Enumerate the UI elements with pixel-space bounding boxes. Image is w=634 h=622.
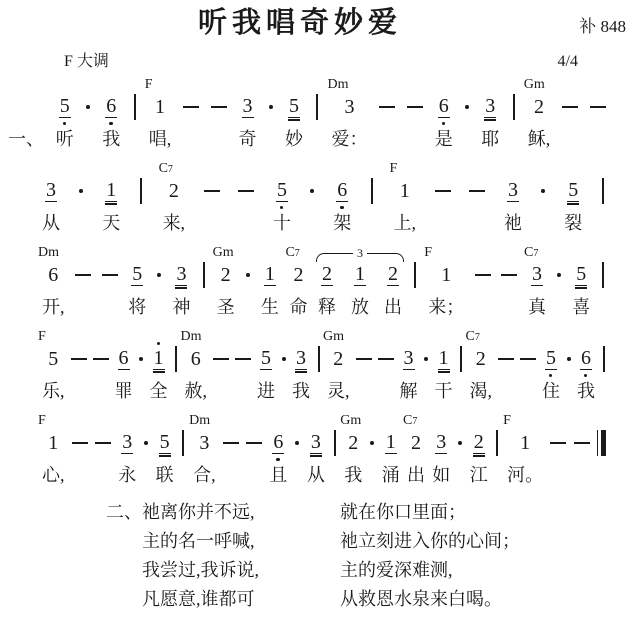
note-column: Dm6赦, [185, 347, 208, 402]
lyric-syllable: 稣, [528, 128, 551, 150]
note-cell [213, 347, 229, 371]
note-digit: 3 [45, 180, 57, 202]
note-cell [223, 431, 239, 455]
note-column: 3奇 [239, 95, 257, 150]
bar-column [601, 263, 606, 318]
note-column: 3从 [307, 431, 325, 486]
note-cell: 2 [347, 431, 359, 455]
note-digit: 2 [321, 264, 333, 286]
note-cell [246, 431, 262, 455]
barline [460, 346, 462, 372]
note-column: F1唱, [149, 95, 172, 150]
lyric-syllable: 进 [257, 380, 275, 402]
chord-label: C7 [524, 246, 538, 261]
note-digit: 1 [385, 432, 397, 454]
verse-line: 我尝过,我诉说, 主的爱深难测, [0, 556, 634, 585]
note-cell [201, 263, 206, 287]
bar-column [139, 179, 144, 234]
chord-label: Dm [181, 330, 202, 344]
note-cell [541, 179, 546, 203]
dash-column [102, 263, 118, 318]
bar-column [316, 347, 321, 402]
duration-dash [71, 358, 87, 360]
barline [203, 262, 205, 288]
note-cell: 2 [168, 179, 180, 203]
duration-dash [379, 106, 395, 108]
note-cell [520, 347, 536, 371]
music-system: Dm6开,5将3神Gm2圣1生C72命32释1放2出F1来；C73真5喜 [0, 246, 634, 318]
note-cell [211, 95, 227, 119]
lyric-syllable: 我 [292, 380, 310, 402]
note-column: 5裂 [564, 179, 582, 234]
bar-column [601, 347, 606, 402]
note-cell: 1 [153, 347, 165, 371]
note-column: 2江 [470, 431, 488, 486]
bar-column [413, 263, 418, 318]
note-cell: 5 [567, 179, 579, 203]
duration-dash [378, 358, 394, 360]
duration-dash [213, 358, 229, 360]
note-column: 5听 [56, 95, 74, 150]
note-column: 6是 [435, 95, 453, 150]
duration-dash [498, 358, 514, 360]
barline [602, 262, 604, 288]
dash-column [550, 431, 566, 486]
note-digit: 3 [198, 433, 210, 454]
verse-line: 主的名一呼喊, 祂立刻进入你的心间； [0, 527, 634, 556]
bar-column [132, 95, 137, 150]
note-cell: 5 [288, 95, 300, 119]
music-system: 一、5听6我F1唱,3奇5妙Dm3爱：6是3耶Gm2稣, [0, 78, 634, 150]
note-digit: 6 [336, 180, 348, 202]
duration-dash [590, 106, 606, 108]
note-cell [601, 263, 606, 287]
dash-column [246, 431, 262, 486]
note-cell [268, 95, 273, 119]
bar-column [459, 347, 464, 402]
dash-column [213, 347, 229, 402]
note-cell [457, 431, 462, 455]
dot-column [557, 263, 562, 318]
note-cell [183, 95, 199, 119]
verse-text-left: 我尝过,我诉说, [106, 556, 340, 585]
note-cell: 1 [154, 95, 166, 119]
note-column: 1干 [435, 347, 453, 402]
dot-column [310, 179, 315, 234]
note-cell [139, 347, 144, 371]
dash-column [183, 95, 199, 150]
note-digit: 2 [332, 349, 344, 370]
note-cell [459, 347, 464, 371]
note-column: C73真 [528, 263, 546, 318]
note-cell [511, 95, 516, 119]
note-cell: 5 [575, 263, 587, 287]
lyric-syllable: 乐, [42, 380, 65, 402]
verse-text-left: 主的名一呼喊, [106, 527, 340, 556]
note-cell: 5 [47, 347, 59, 371]
final-barline-thin [597, 430, 599, 456]
lyric-syllable: 来, [163, 212, 186, 234]
note-cell [174, 347, 179, 371]
music-systems: 一、5听6我F1唱,3奇5妙Dm3爱：6是3耶Gm2稣,3从1天C72来,5十6… [0, 78, 634, 486]
dot-column [143, 431, 148, 486]
note-column: C72渴, [470, 347, 493, 402]
note-cell: 2 [321, 263, 333, 287]
note-cell [557, 263, 562, 287]
lyric-syllable: 心, [42, 464, 65, 486]
note-cell [71, 347, 87, 371]
note-digit: 1 [105, 180, 117, 202]
lyric-syllable: 灵, [327, 380, 350, 402]
note-digit: 3 [403, 348, 415, 370]
duration-dot [310, 189, 314, 193]
note-digit: 2 [168, 181, 180, 202]
chord-label: F [390, 162, 398, 176]
dot-column [139, 347, 144, 402]
dash-column [379, 95, 395, 150]
verse-text-left: 凡愿意,谁都可 [106, 585, 340, 614]
note-cell [204, 179, 220, 203]
note-column: 5住 [542, 347, 560, 402]
note-digit: 6 [118, 348, 130, 370]
lyric-syllable: 出 [384, 296, 402, 318]
lyric-syllable: 放 [351, 296, 369, 318]
note-cell [370, 431, 375, 455]
note-column: 5进 [257, 347, 275, 402]
dot-column [268, 95, 273, 150]
lyric-syllable: 十 [273, 212, 291, 234]
note-cell [379, 95, 395, 119]
dash-column [469, 179, 485, 234]
chord-label: Gm [524, 78, 545, 92]
note-cell: 2 [332, 347, 344, 371]
dash-column [95, 431, 111, 486]
note-digit: 2 [533, 97, 545, 118]
note-cell [574, 431, 590, 455]
dash-column [211, 95, 227, 150]
note-cell: 5 [276, 179, 288, 203]
dot-column [157, 263, 162, 318]
note-cell [75, 263, 91, 287]
note-digit: 3 [121, 432, 133, 454]
note-cell [316, 347, 321, 371]
verse-number-prefix: 一、 [8, 95, 44, 150]
note-column: 3神 [172, 263, 190, 318]
note-column: C72命 [289, 263, 307, 318]
barline [602, 178, 604, 204]
note-cell [132, 95, 137, 119]
dash-column [562, 95, 578, 150]
note-column: 2出 [384, 263, 402, 318]
lyric-syllable: 命 [289, 296, 307, 318]
bar-column [511, 95, 516, 150]
duration-dash [93, 358, 109, 360]
note-cell: 3 [403, 347, 415, 371]
duration-dot [269, 105, 273, 109]
note-cell: 5 [131, 263, 143, 287]
note-cell: 3 [531, 263, 543, 287]
duration-dash [238, 190, 254, 192]
note-digit: 5 [545, 348, 557, 370]
note-cell: 3 [310, 431, 322, 455]
barline [603, 346, 605, 372]
note-column: 1放 [351, 263, 369, 318]
finalbar-column [597, 431, 606, 486]
note-digit: 5 [47, 349, 59, 370]
duration-dash [469, 190, 485, 192]
note-digit: 5 [159, 432, 171, 454]
note-column: F1来； [428, 263, 464, 318]
note-digit: 2 [473, 432, 485, 454]
duration-dot [246, 273, 250, 277]
dash-column [520, 347, 536, 402]
dash-column [574, 431, 590, 486]
note-digit: 5 [567, 180, 579, 202]
note-cell [495, 431, 500, 455]
chord-label: Gm [213, 246, 234, 260]
note-digit: 1 [47, 433, 59, 454]
note-column: 6且 [269, 431, 287, 486]
note-column: Dm3爱： [332, 95, 368, 150]
note-cell: 2 [533, 95, 545, 119]
note-cell [566, 347, 571, 371]
note-cell [181, 431, 186, 455]
note-digit: 2 [410, 433, 422, 454]
note-digit: 3 [435, 432, 447, 454]
note-column: 3如 [432, 431, 450, 486]
note-cell [370, 179, 375, 203]
note-column: 1天 [102, 179, 120, 234]
note-column: 6我 [102, 95, 120, 150]
note-digit: 5 [59, 96, 71, 118]
note-cell: 3 [507, 179, 519, 203]
lyric-syllable: 天 [102, 212, 120, 234]
lyric-syllable: 我 [102, 128, 120, 150]
duration-dash [520, 358, 536, 360]
note-cell [590, 95, 606, 119]
duration-dot [282, 357, 286, 361]
dot-column [245, 263, 250, 318]
note-cell: 3 [295, 347, 307, 371]
note-cell: 1 [519, 431, 531, 455]
note-column: Dm3合, [193, 431, 216, 486]
meta-row: F 大调 4/4 [64, 52, 578, 72]
note-digit: 2 [292, 265, 304, 286]
note-cell: 1 [105, 179, 117, 203]
dot-column [86, 95, 91, 150]
note-column: 6我 [577, 347, 595, 402]
duration-dot [465, 105, 469, 109]
dot-column [457, 431, 462, 486]
verse-line: 二、祂离你并不远, 就在你口里面； [0, 498, 634, 527]
note-digit: 2 [347, 433, 359, 454]
note-cell: 6 [105, 95, 117, 119]
note-cell [93, 347, 109, 371]
verse-text-right: 主的爱深难测, [340, 556, 453, 585]
duration-dash [235, 358, 251, 360]
dot-column [424, 347, 429, 402]
duration-dot [424, 357, 428, 361]
note-cell [601, 179, 606, 203]
note-digit: 6 [190, 349, 202, 370]
note-cell: 1 [399, 179, 411, 203]
note-cell: 1 [354, 263, 366, 287]
note-cell [102, 263, 118, 287]
music-system: F1心,3永5联Dm3合,6且3从Gm2我1涌C72出3如2江F1河。 [0, 414, 634, 486]
note-cell: 6 [47, 263, 59, 287]
duration-dot [370, 441, 374, 445]
note-cell: 3 [344, 95, 356, 119]
lyric-syllable: 解 [400, 380, 418, 402]
note-digit: 3 [531, 264, 543, 286]
note-cell: 5 [545, 347, 557, 371]
dash-column [75, 263, 91, 318]
note-cell [235, 347, 251, 371]
note-digit: 1 [354, 264, 366, 286]
lyric-syllable: 真 [528, 296, 546, 318]
lyric-syllable: 且 [269, 464, 287, 486]
note-column: 3解 [400, 347, 418, 402]
note-digit: 6 [105, 96, 117, 118]
dash-column [475, 263, 491, 318]
note-cell: 3 [45, 179, 57, 203]
note-column: 1全 [150, 347, 168, 402]
note-cell: 1 [264, 263, 276, 287]
lyric-syllable: 唱, [149, 128, 172, 150]
chord-number: 7 [412, 416, 417, 427]
lyric-syllable: 圣 [217, 296, 235, 318]
note-cell: 6 [190, 347, 202, 371]
note-cell [597, 431, 606, 455]
note-digit: 6 [438, 96, 450, 118]
lyric-syllable: 合, [193, 464, 216, 486]
duration-dash [95, 442, 111, 444]
note-cell [95, 431, 111, 455]
barline [414, 262, 416, 288]
duration-dash [356, 358, 372, 360]
note-cell [378, 347, 394, 371]
note-column: C72来, [163, 179, 186, 234]
lyric-syllable: 爱： [332, 128, 368, 150]
chord-label: F [145, 78, 153, 92]
chord-label: C7 [403, 414, 417, 429]
duration-dot [557, 273, 561, 277]
note-cell [501, 263, 517, 287]
duration-dot [144, 441, 148, 445]
note-cell: 1 [438, 347, 450, 371]
lyric-syllable: 全 [150, 380, 168, 402]
note-cell [310, 179, 315, 203]
chord-label: F [38, 330, 46, 344]
note-digit: 3 [344, 97, 356, 118]
duration-dash [211, 106, 227, 108]
note-digit: 1 [264, 264, 276, 286]
lyric-syllable: 将 [128, 296, 146, 318]
note-digit: 5 [260, 348, 272, 370]
note-digit: 6 [580, 348, 592, 370]
duration-dash [435, 190, 451, 192]
chord-label: Gm [323, 330, 344, 344]
note-digit: 3 [310, 432, 322, 454]
chord-label: F [503, 414, 511, 428]
barline [175, 346, 177, 372]
hymn-sheet: 听我唱奇妙爱 补 848 F 大调 4/4 一、5听6我F1唱,3奇5妙Dm3爱… [0, 0, 634, 622]
dash-column [356, 347, 372, 402]
chord-label: Dm [328, 78, 349, 92]
chord-label: F [424, 246, 432, 260]
note-column: 5妙 [285, 95, 303, 150]
note-cell: 5 [59, 95, 71, 119]
chord-label: C7 [285, 246, 299, 261]
chord-label: Dm [38, 246, 59, 260]
dash-column [501, 263, 517, 318]
lyric-syllable: 一、 [8, 128, 44, 150]
duration-dot [139, 357, 143, 361]
lyric-syllable: 罪 [115, 380, 133, 402]
final-barline [597, 430, 606, 456]
note-cell [157, 263, 162, 287]
note-column: 3永 [118, 431, 136, 486]
dash-column [238, 179, 254, 234]
note-cell: 1 [47, 431, 59, 455]
note-digit: 6 [272, 432, 284, 454]
note-digit: 5 [575, 264, 587, 286]
verse-text-right: 就在你口里面； [340, 498, 466, 527]
note-digit: 5 [288, 96, 300, 118]
note-cell [245, 263, 250, 287]
bar-column [181, 431, 186, 486]
chord-label: Dm [189, 414, 210, 428]
verse-2: 二、祂离你并不远, 就在你口里面； 主的名一呼喊, 祂立刻进入你的心间； 我尝过… [0, 498, 634, 614]
note-cell [413, 263, 418, 287]
note-cell [143, 431, 148, 455]
lyric-syllable: 永 [118, 464, 136, 486]
note-column: 6罪 [115, 347, 133, 402]
duration-dash [204, 190, 220, 192]
note-cell: 6 [272, 431, 284, 455]
dot-column [566, 347, 571, 402]
lyric-syllable: 奇 [239, 128, 257, 150]
time-signature: 4/4 [558, 52, 578, 72]
barline [134, 94, 136, 120]
barline [318, 346, 320, 372]
dot-column [79, 179, 84, 234]
chord-label: Gm [340, 414, 361, 428]
note-cell [238, 179, 254, 203]
note-cell: 6 [336, 179, 348, 203]
lyric-syllable: 来； [428, 296, 464, 318]
lyric-syllable: 喜 [572, 296, 590, 318]
duration-dot [86, 105, 90, 109]
note-cell [281, 347, 286, 371]
duration-dot [567, 357, 571, 361]
dot-column [465, 95, 470, 150]
lyric-syllable: 妙 [285, 128, 303, 150]
note-column: 5将 [128, 263, 146, 318]
lyric-syllable: 河。 [507, 464, 543, 486]
duration-dot [157, 273, 161, 277]
note-column: Gm2圣 [217, 263, 235, 318]
bar-column [370, 179, 375, 234]
lyric-syllable: 耶 [481, 128, 499, 150]
note-digit: 5 [276, 180, 288, 202]
final-barline-thick [601, 430, 606, 456]
note-cell: 3 [121, 431, 133, 455]
lyric-syllable: 住 [542, 380, 560, 402]
barline [371, 178, 373, 204]
music-system: F5乐,6罪1全Dm6赦,5进3我Gm2灵,3解1干C72渴,5住6我 [0, 330, 634, 402]
note-column: 2释 [318, 263, 336, 318]
